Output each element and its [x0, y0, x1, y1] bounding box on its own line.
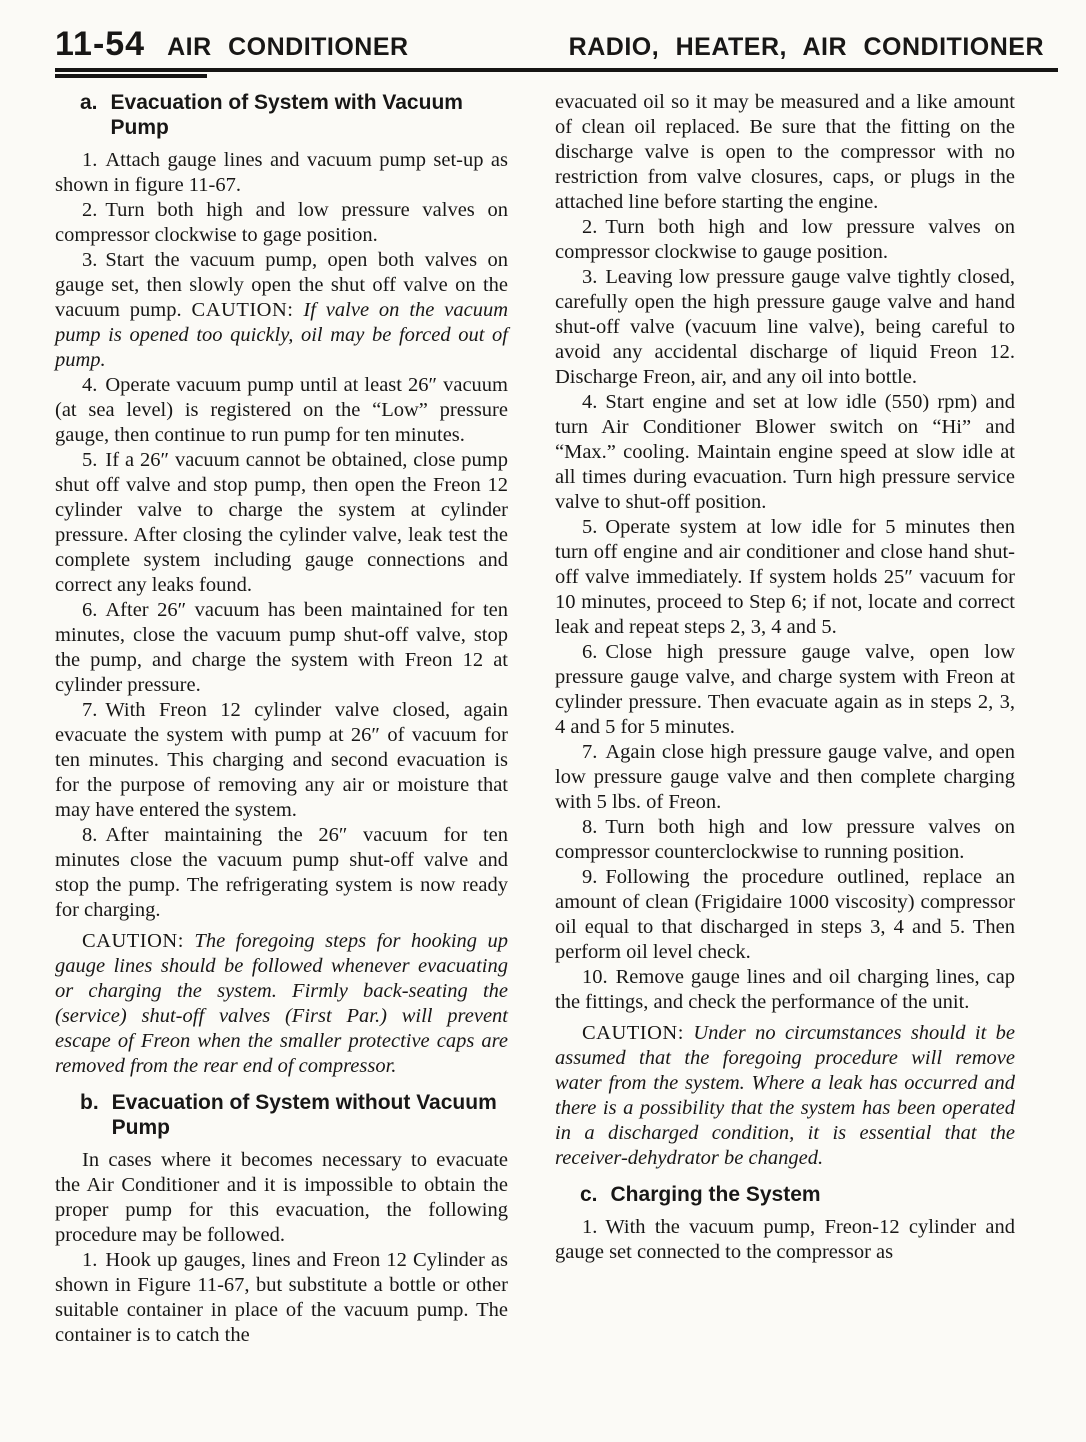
- heading-c: c. Charging the System: [555, 1182, 1015, 1207]
- content-columns: a. Evacuation of System with Vacuum Pump…: [55, 90, 1058, 1348]
- manual-page: 11-54 AIR CONDITIONER RADIO, HEATER, AIR…: [0, 0, 1086, 1442]
- caution-text: The foregoing steps for hooking up gauge…: [55, 930, 508, 1077]
- step-text: With Freon 12 cylinder valve closed, aga…: [55, 699, 508, 821]
- step-number: 1.: [582, 1216, 597, 1238]
- header-left-group: 11-54 AIR CONDITIONER: [55, 25, 409, 64]
- inline-caution-label: CAUTION:: [192, 299, 294, 321]
- step-paragraph: 4.Operate vacuum pump until at least 26″…: [55, 373, 508, 448]
- caution-label: CAUTION:: [582, 1022, 684, 1044]
- heading-letter: c.: [580, 1182, 598, 1207]
- step-text: Hook up gauges, lines and Freon 12 Cylin…: [55, 1249, 508, 1346]
- step-number: 4.: [82, 374, 97, 396]
- step-text: Turn both high and low pressure valves o…: [55, 199, 508, 246]
- step-text: Attach gauge lines and vacuum pump set-u…: [55, 149, 508, 196]
- step-number: 6.: [82, 599, 97, 621]
- right-column: evacuated oil so it may be measured and …: [555, 90, 1015, 1348]
- step-number: 1.: [82, 1249, 97, 1271]
- step-number: 7.: [82, 699, 97, 721]
- step-text: Remove gauge lines and oil charging line…: [555, 966, 1015, 1013]
- step-number: 2.: [582, 216, 597, 238]
- heading-title: Charging the System: [611, 1182, 821, 1207]
- step-paragraph: 5.If a 26″ vacuum cannot be obtained, cl…: [55, 448, 508, 598]
- step-text: Leaving low pressure gauge valve tightly…: [555, 266, 1015, 388]
- step-paragraph: 2.Turn both high and low pressure valves…: [55, 198, 508, 248]
- page-number: 11-54: [55, 25, 145, 64]
- step-text: After 26″ vacuum has been maintained for…: [55, 599, 508, 696]
- step-text: After maintaining the 26″ vacuum for ten…: [55, 824, 508, 921]
- step-paragraph: 3.Start the vacuum pump, open both valve…: [55, 248, 508, 373]
- continuation-paragraph: evacuated oil so it may be measured and …: [555, 90, 1015, 215]
- caution-paragraph: CAUTION: The foregoing steps for hooking…: [55, 929, 508, 1079]
- step-paragraph: 3.Leaving low pressure gauge valve tight…: [555, 265, 1015, 390]
- step-number: 4.: [582, 391, 597, 413]
- step-number: 8.: [582, 816, 597, 838]
- step-paragraph: 5.Operate system at low idle for 5 minut…: [555, 515, 1015, 640]
- step-text: Operate vacuum pump until at least 26″ v…: [55, 374, 508, 446]
- step-number: 7.: [582, 741, 597, 763]
- step-paragraph: 8.After maintaining the 26″ vacuum for t…: [55, 823, 508, 923]
- step-text: Start engine and set at low idle (550) r…: [555, 391, 1015, 513]
- step-paragraph: 6.Close high pressure gauge valve, open …: [555, 640, 1015, 740]
- header-right-title: RADIO, HEATER, AIR CONDITIONER: [569, 33, 1044, 62]
- step-number: 10.: [582, 966, 608, 988]
- step-paragraph: 1.Hook up gauges, lines and Freon 12 Cyl…: [55, 1248, 508, 1348]
- left-column: a. Evacuation of System with Vacuum Pump…: [55, 90, 508, 1348]
- heading-a: a. Evacuation of System with Vacuum Pump: [55, 90, 508, 140]
- step-number: 2.: [82, 199, 97, 221]
- step-text: Close high pressure gauge valve, open lo…: [555, 641, 1015, 738]
- step-number: 8.: [82, 824, 97, 846]
- step-paragraph: 9.Following the procedure outlined, repl…: [555, 865, 1015, 965]
- step-paragraph: 1.Attach gauge lines and vacuum pump set…: [55, 148, 508, 198]
- step-number: 5.: [82, 449, 97, 471]
- step-text: Turn both high and low pressure valves o…: [555, 216, 1015, 263]
- caution-label: CAUTION:: [82, 930, 184, 952]
- step-paragraph: 7.Again close high pressure gauge valve,…: [555, 740, 1015, 815]
- heading-letter: a.: [80, 90, 98, 140]
- heading-title: Evacuation of System without Vacuum Pump: [112, 1090, 508, 1140]
- step-text: If a 26″ vacuum cannot be obtained, clos…: [55, 449, 508, 596]
- step-number: 5.: [582, 516, 597, 538]
- heading-title: Evacuation of System with Vacuum Pump: [111, 90, 508, 140]
- step-number: 9.: [582, 866, 597, 888]
- heading-b: b. Evacuation of System without Vacuum P…: [55, 1090, 508, 1140]
- step-text: Operate system at low idle for 5 minutes…: [555, 516, 1015, 638]
- step-paragraph: 4.Start engine and set at low idle (550)…: [555, 390, 1015, 515]
- intro-paragraph: In cases where it becomes necessary to e…: [55, 1148, 508, 1248]
- step-paragraph: 8.Turn both high and low pressure valves…: [555, 815, 1015, 865]
- header-left-title: AIR CONDITIONER: [167, 33, 409, 62]
- step-number: 6.: [582, 641, 597, 663]
- step-text: Following the procedure outlined, replac…: [555, 866, 1015, 963]
- step-text: With the vacuum pump, Freon-12 cylinder …: [555, 1216, 1015, 1263]
- step-text: Again close high pressure gauge valve, a…: [555, 741, 1015, 813]
- page-number-underline: [55, 74, 207, 78]
- step-paragraph: 7.With Freon 12 cylinder valve closed, a…: [55, 698, 508, 823]
- step-paragraph: 10.Remove gauge lines and oil charging l…: [555, 965, 1015, 1015]
- step-number: 3.: [82, 249, 97, 271]
- heading-letter: b.: [80, 1090, 99, 1140]
- step-number: 1.: [82, 149, 97, 171]
- step-paragraph: 1.With the vacuum pump, Freon-12 cylinde…: [555, 1215, 1015, 1265]
- step-number: 3.: [582, 266, 597, 288]
- caution-text: Under no circumstances should it be assu…: [555, 1022, 1015, 1169]
- page-header: 11-54 AIR CONDITIONER RADIO, HEATER, AIR…: [55, 25, 1058, 64]
- step-text: Turn both high and low pressure valves o…: [555, 816, 1015, 863]
- step-paragraph: 6.After 26″ vacuum has been maintained f…: [55, 598, 508, 698]
- caution-paragraph: CAUTION: Under no circumstances should i…: [555, 1021, 1015, 1171]
- header-rule: [55, 68, 1058, 72]
- step-paragraph: 2.Turn both high and low pressure valves…: [555, 215, 1015, 265]
